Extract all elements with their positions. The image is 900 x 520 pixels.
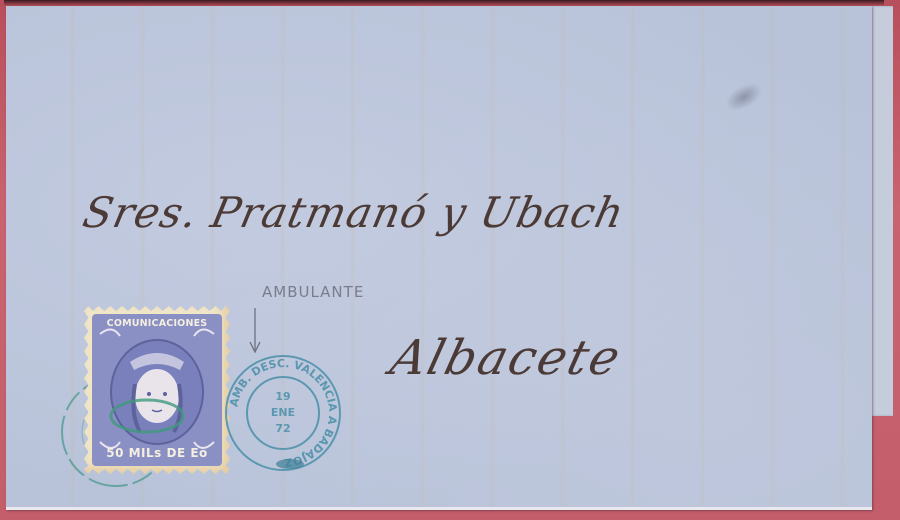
allegory-of-spain-icon [92, 314, 222, 466]
ink-smudge [721, 77, 767, 116]
svg-text:19: 19 [275, 390, 290, 403]
arrow-down-icon [249, 308, 261, 354]
stamp-design: COMUNICACIONES 50 MILs DE Eo [92, 314, 222, 466]
pencil-annotation: AMBULANTE [262, 283, 364, 301]
svg-text:ENE: ENE [271, 406, 295, 419]
addressee-city: Albacete [385, 330, 627, 386]
stamp-value-text: 50 MILs DE Eo [92, 446, 222, 460]
blue-circular-postmark: AMB. DESC. VALENCIA A BADAJOZ 19 ENE 72 [222, 352, 344, 474]
postage-stamp: COMUNICACIONES 50 MILs DE Eo [84, 306, 230, 474]
stamp-top-text: COMUNICACIONES [92, 318, 222, 329]
svg-text:72: 72 [275, 422, 290, 435]
addressee-name: Sres. Pratmanó y Ubach [79, 188, 629, 237]
